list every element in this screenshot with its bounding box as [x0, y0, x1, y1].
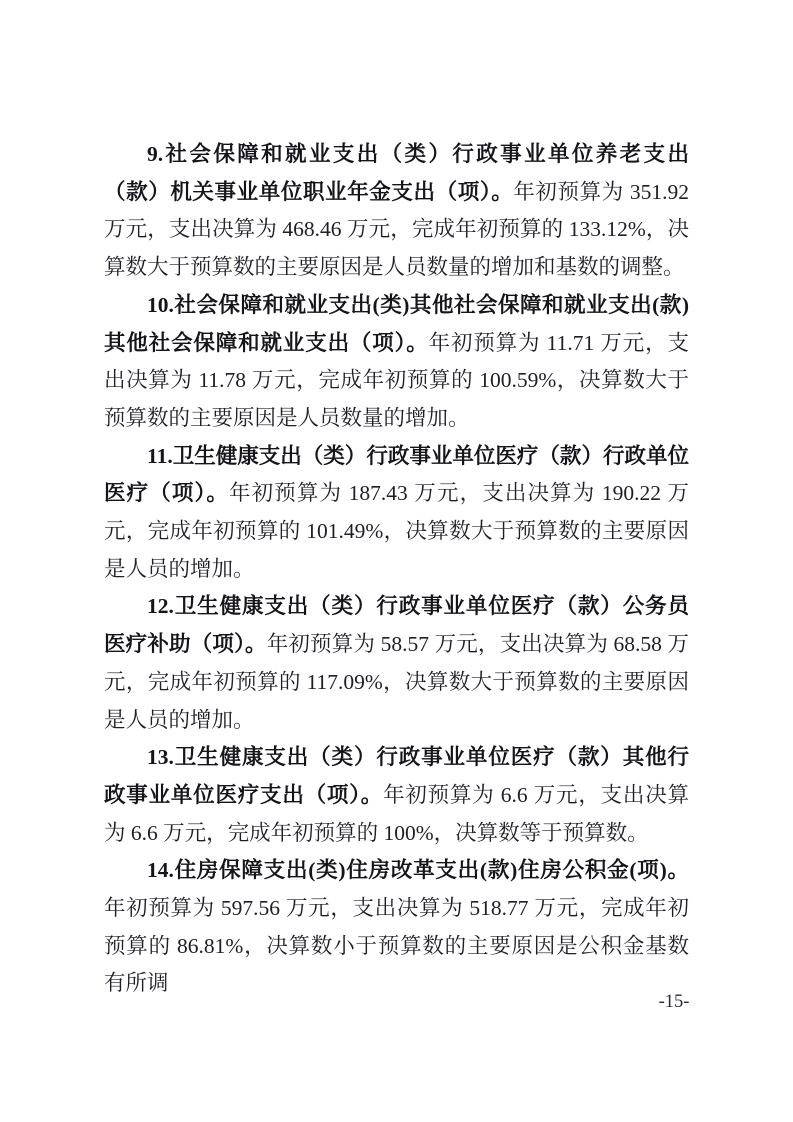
- paragraph-item-9: 9.社会保障和就业支出（类）行政事业单位养老支出（款）机关事业单位职业年金支出（…: [104, 136, 689, 287]
- document-body: 9.社会保障和就业支出（类）行政事业单位养老支出（款）机关事业单位职业年金支出（…: [104, 136, 689, 1003]
- paragraph-item-11: 11.卫生健康支出（类）行政事业单位医疗（款）行政单位医疗（项）。年初预算为 1…: [104, 438, 689, 589]
- paragraph-item-12: 12.卫生健康支出（类）行政事业单位医疗（款）公务员医疗补助（项）。年初预算为 …: [104, 588, 689, 739]
- paragraph-item-13: 13.卫生健康支出（类）行政事业单位医疗（款）其他行政事业单位医疗支出（项）。年…: [104, 739, 689, 852]
- page-number: -15-: [650, 991, 698, 1013]
- paragraph-item-14: 14.住房保障支出(类)住房改革支出(款)住房公积金(项)。年初预算为 597.…: [104, 852, 689, 1003]
- paragraph-heading: 14.住房保障支出(类)住房改革支出(款)住房公积金(项)。: [147, 858, 689, 882]
- paragraph-item-10: 10.社会保障和就业支出(类)其他社会保障和就业支出(款)其他社会保障和就业支出…: [104, 287, 689, 438]
- document-page: 9.社会保障和就业支出（类）行政事业单位养老支出（款）机关事业单位职业年金支出（…: [0, 0, 793, 1122]
- paragraph-text: 年初预算为 597.56 万元，支出决算为 518.77 万元，完成年初预算的 …: [104, 896, 689, 995]
